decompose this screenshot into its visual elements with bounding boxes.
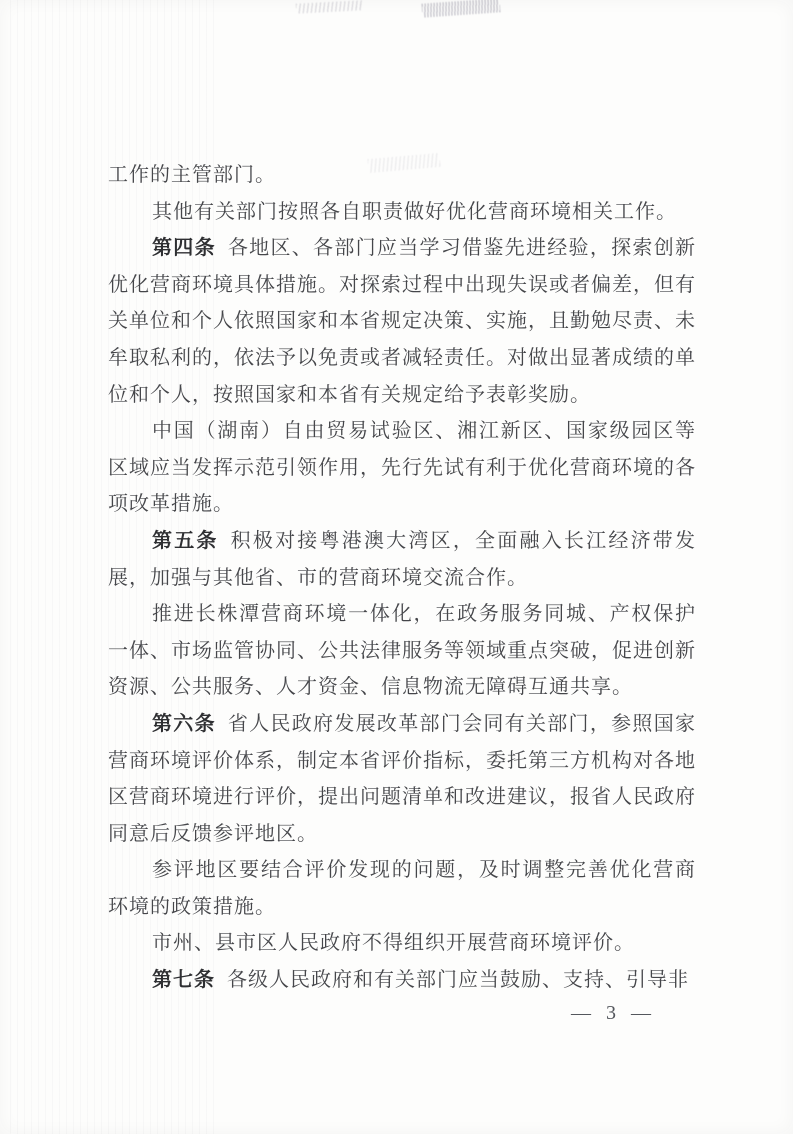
paragraph: 市州、县市区人民政府不得组织开展营商环境评价。 [108,925,696,962]
paragraph: 第五条积极对接粤港澳大湾区，全面融入长江经济带发展，加强与其他省、市的营商环境交… [108,523,696,596]
paragraph: 工作的主管部门。 [108,157,696,194]
paragraph: 第四条各地区、各部门应当学习借鉴先进经验，探索创新优化营商环境具体措施。对探索过… [108,230,696,413]
paragraph-text: 市州、县市区人民政府不得组织开展营商环境评价。 [152,932,635,954]
article-number: 第六条 [152,713,216,735]
paragraph: 其他有关部门按照各自职责做好优化营商环境相关工作。 [108,194,696,231]
article-number: 第七条 [152,969,215,991]
paragraph-text: 各级人民政府和有关部门应当鼓励、支持、引导非 [227,969,689,991]
paragraph: 参评地区要结合评价发现的问题，及时调整完善优化营商环境的政策措施。 [108,852,696,925]
article-number: 第四条 [152,237,216,259]
paragraph-text: 中国（湖南）自由贸易试验区、湘江新区、国家级园区等区域应当发挥示范引领作用，先行… [108,420,696,515]
paragraph-text: 其他有关部门按照各自职责做好优化营商环境相关工作。 [152,201,677,223]
paragraph: 中国（湖南）自由贸易试验区、湘江新区、国家级园区等区域应当发挥示范引领作用，先行… [108,413,696,523]
paragraph-text: 工作的主管部门。 [108,164,276,186]
scan-smudge [296,0,362,13]
document-body: 工作的主管部门。 其他有关部门按照各自职责做好优化营商环境相关工作。 第四条各地… [108,157,696,999]
article-number: 第五条 [152,530,219,552]
paragraph: 推进长株潭营商环境一体化，在政务服务同城、产权保护一体、市场监管协同、公共法律服… [108,596,696,706]
scanned-document-page: 工作的主管部门。 其他有关部门按照各自职责做好优化营商环境相关工作。 第四条各地… [0,0,793,1134]
paragraph: 第七条各级人民政府和有关部门应当鼓励、支持、引导非 [108,962,696,999]
paragraph-text: 各地区、各部门应当学习借鉴先进经验，探索创新优化营商环境具体措施。对探索过程中出… [108,237,696,405]
page-number: — 3 — [108,1002,696,1025]
paragraph: 第六条省人民政府发展改革部门会同有关部门，参照国家营商环境评价体系，制定本省评价… [108,706,696,852]
paragraph-text: 推进长株潭营商环境一体化，在政务服务同城、产权保护一体、市场监管协同、公共法律服… [108,603,696,698]
scan-smudge [422,0,501,18]
paragraph-text: 参评地区要结合评价发现的问题，及时调整完善优化营商环境的政策措施。 [108,859,696,918]
